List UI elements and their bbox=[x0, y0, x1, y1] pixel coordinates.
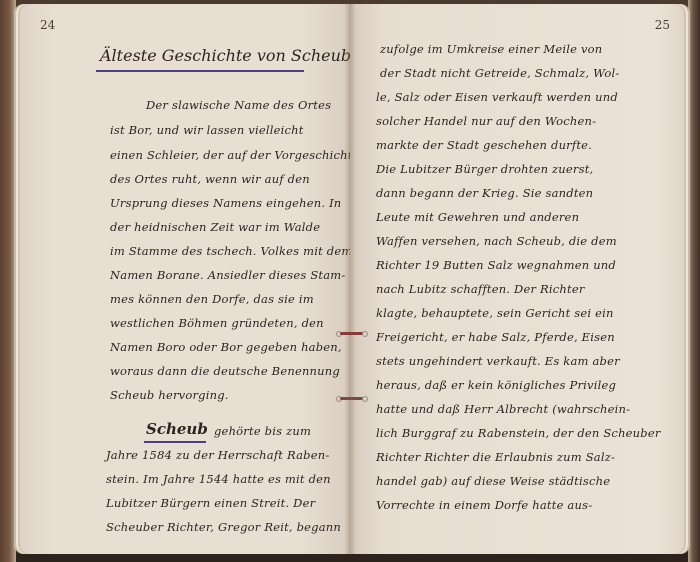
text-line: solcher Handel nur auf den Wochen- bbox=[376, 114, 596, 128]
text-line: Namen Borane. Ansiedler dieses Stam- bbox=[110, 268, 346, 282]
text-line: heraus, daß er kein königliches Privileg bbox=[376, 378, 616, 392]
text-line: Waffen versehen, nach Scheub, die dem bbox=[376, 234, 617, 248]
text-line: Scheub hervorging. bbox=[110, 388, 229, 402]
text-line: Lubitzer Bürgern einen Streit. Der bbox=[106, 496, 315, 510]
text-line: Der slawische Name des Ortes bbox=[146, 98, 331, 112]
text-line: Scheuber Richter, Gregor Reit, begann bbox=[106, 520, 341, 534]
text-line: le, Salz oder Eisen verkauft werden und bbox=[376, 90, 618, 104]
text-line: klagte, behauptete, sein Gericht sei ein bbox=[376, 306, 614, 320]
text-line: Jahre 1584 zu der Herrschaft Raben- bbox=[106, 448, 329, 462]
text-line: Leute mit Gewehren und anderen bbox=[376, 210, 579, 224]
title-underline bbox=[96, 70, 304, 72]
text-line: Ursprung dieses Namens eingehen. In bbox=[110, 196, 341, 210]
page-number-right: 25 bbox=[655, 18, 670, 32]
right-page: 25 zufolge im Umkreise einer Meile von d… bbox=[350, 4, 690, 554]
text-line: im Stamme des tschech. Volkes mit dem bbox=[110, 244, 352, 258]
section-heading: Scheub bbox=[146, 420, 208, 438]
text-line: der heidnischen Zeit war im Walde bbox=[110, 220, 320, 234]
text-line: westlichen Böhmen gründeten, den bbox=[110, 316, 324, 330]
binding-stitch bbox=[340, 332, 364, 335]
binding-stitch bbox=[340, 397, 364, 400]
book-gutter bbox=[344, 4, 356, 554]
page-title: Älteste Geschichte von Scheub. bbox=[100, 46, 356, 65]
text-line: hatte und daß Herr Albrecht (wahrschein- bbox=[376, 402, 630, 416]
text-line: nach Lubitz schafften. Der Richter bbox=[376, 282, 585, 296]
text-line: Namen Boro oder Bor gegeben haben, bbox=[110, 340, 342, 354]
text-line: woraus dann die deutsche Benennung bbox=[110, 364, 340, 378]
text-line: Richter 19 Butten Salz wegnahmen und bbox=[376, 258, 616, 272]
text-line: Die Lubitzer Bürger drohten zuerst, bbox=[376, 162, 593, 176]
notebook: 24 Älteste Geschichte von Scheub. Der sl… bbox=[0, 0, 700, 562]
page-number-left: 24 bbox=[40, 18, 55, 32]
text-line: handel gab) auf diese Weise städtische bbox=[376, 474, 610, 488]
stitch-hole bbox=[362, 331, 368, 337]
stitch-hole bbox=[362, 396, 368, 402]
left-page: 24 Älteste Geschichte von Scheub. Der sl… bbox=[14, 4, 350, 554]
text-line: dann begann der Krieg. Sie sandten bbox=[376, 186, 593, 200]
text-line: stein. Im Jahre 1544 hatte es mit den bbox=[106, 472, 331, 486]
text-line: lich Burggraf zu Rabenstein, der den Sch… bbox=[376, 426, 661, 440]
text-line: der Stadt nicht Getreide, Schmalz, Wol- bbox=[380, 66, 619, 80]
text-line: mes können den Dorfe, das sie im bbox=[110, 292, 314, 306]
text-line: gehörte bis zum bbox=[214, 424, 311, 438]
text-line: des Ortes ruht, wenn wir auf den bbox=[110, 172, 310, 186]
text-line: stets ungehindert verkauft. Es kam aber bbox=[376, 354, 620, 368]
text-line: Freigericht, er habe Salz, Pferde, Eisen bbox=[376, 330, 615, 344]
text-line: zufolge im Umkreise einer Meile von bbox=[380, 42, 602, 56]
section-heading-underline bbox=[144, 441, 206, 443]
text-line: Vorrechte in einem Dorfe hatte aus- bbox=[376, 498, 592, 512]
text-line: ist Bor, und wir lassen vielleicht bbox=[110, 123, 304, 137]
text-line: markte der Stadt geschehen durfte. bbox=[376, 138, 592, 152]
text-line: Richter Richter die Erlaubnis zum Salz- bbox=[376, 450, 615, 464]
text-line: einen Schleier, der auf der Vorgeschicht… bbox=[110, 148, 360, 162]
